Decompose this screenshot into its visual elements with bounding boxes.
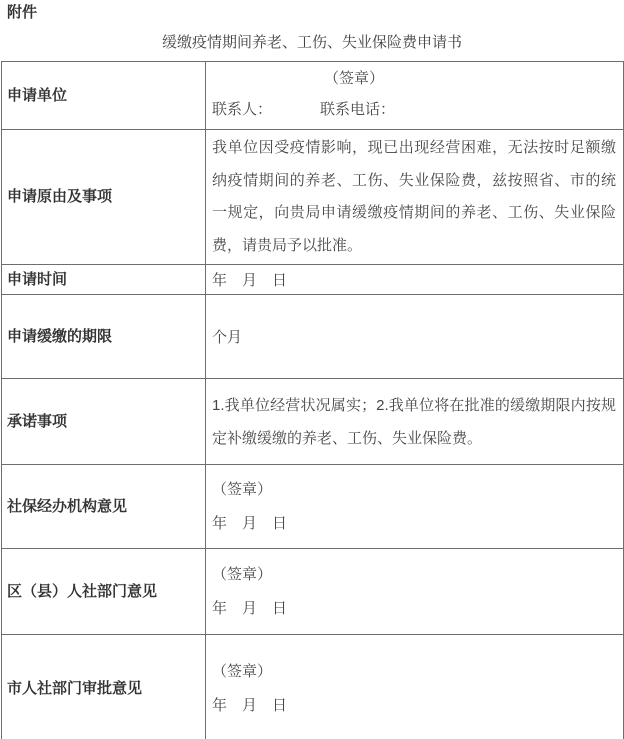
deferral-period-placeholder: 个月	[206, 295, 624, 379]
cell-applicant-unit: （签章） 联系人：联系电话：	[206, 62, 624, 130]
label-deferral-period: 申请缓缴的期限	[2, 295, 206, 379]
row-applicant-unit: 申请单位 （签章） 联系人：联系电话：	[2, 62, 624, 130]
label-social-security-agency-opinion: 社保经办机构意见	[2, 465, 206, 549]
contact-person-label: 联系人：	[212, 101, 272, 118]
row-application-reason: 申请原由及事项 我单位因受疫情影响，现已出现经营困难，无法按时足额缴纳疫情期间的…	[2, 130, 624, 265]
row-district-county-hr-opinion: 区（县）人社部门意见 （签章） 年 月 日	[2, 549, 624, 635]
document-page: 附件 缓缴疫情期间养老、工伤、失业保险费申请书 申请单位 （签章） 联系人：联系…	[0, 0, 624, 739]
cell-municipal-hr-approval: （签章） 年 月 日	[206, 635, 624, 739]
attachment-label: 附件	[0, 0, 624, 22]
commitment-text: 1.我单位经营状况属实；2.我单位将在批准的缓缴期限内按规定补缴缓缴的养老、工伤…	[212, 389, 616, 455]
row-municipal-hr-approval: 市人社部门审批意见 （签章） 年 月 日	[2, 635, 624, 739]
label-application-date: 申请时间	[2, 265, 206, 295]
label-commitment: 承诺事项	[2, 379, 206, 465]
application-reason-text: 我单位因受疫情影响，现已出现经营困难，无法按时足额缴纳疫情期间的养老、工伤、失业…	[212, 132, 616, 262]
seal-placeholder: （签章）	[212, 474, 616, 505]
contact-phone-label: 联系电话：	[320, 101, 395, 118]
row-commitment: 承诺事项 1.我单位经营状况属实；2.我单位将在批准的缓缴期限内按规定补缴缓缴的…	[2, 379, 624, 465]
seal-placeholder: （签章）	[212, 656, 616, 687]
cell-commitment: 1.我单位经营状况属实；2.我单位将在批准的缓缴期限内按规定补缴缓缴的养老、工伤…	[206, 379, 624, 465]
seal-placeholder: （签章）	[212, 559, 616, 590]
application-form-table: 申请单位 （签章） 联系人：联系电话： 申请原由及事项 我单位因受疫情影响，现已…	[1, 61, 624, 739]
label-district-county-hr-opinion: 区（县）人社部门意见	[2, 549, 206, 635]
cell-district-county-hr-opinion: （签章） 年 月 日	[206, 549, 624, 635]
cell-application-reason: 我单位因受疫情影响，现已出现经营困难，无法按时足额缴纳疫情期间的养老、工伤、失业…	[206, 130, 624, 265]
seal-placeholder: （签章）	[212, 64, 616, 93]
date-placeholder: 年 月 日	[212, 690, 616, 721]
application-date-placeholder: 年 月 日	[206, 265, 624, 295]
label-municipal-hr-approval: 市人社部门审批意见	[2, 635, 206, 739]
contact-line: 联系人：联系电话：	[212, 93, 616, 127]
row-deferral-period: 申请缓缴的期限 个月	[2, 295, 624, 379]
label-application-reason: 申请原由及事项	[2, 130, 206, 265]
row-application-date: 申请时间 年 月 日	[2, 265, 624, 295]
cell-social-security-agency-opinion: （签章） 年 月 日	[206, 465, 624, 549]
document-title: 缓缴疫情期间养老、工伤、失业保险费申请书	[0, 34, 624, 52]
row-social-security-agency-opinion: 社保经办机构意见 （签章） 年 月 日	[2, 465, 624, 549]
label-applicant-unit: 申请单位	[2, 62, 206, 130]
date-placeholder: 年 月 日	[212, 508, 616, 539]
date-placeholder: 年 月 日	[212, 593, 616, 624]
